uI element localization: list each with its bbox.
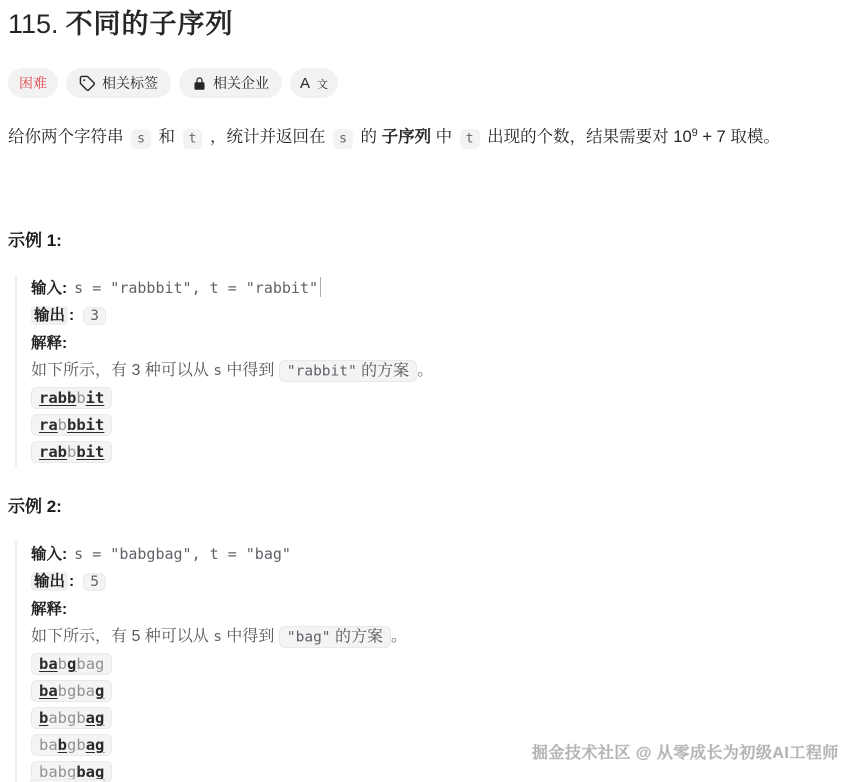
code-text: "bag" xyxy=(287,629,331,645)
matched-chars: ag xyxy=(86,709,105,727)
text-segment: 中得到 xyxy=(222,362,279,379)
explain-label: 解释: xyxy=(31,601,67,618)
unmatched-chars: abgb xyxy=(48,709,85,727)
matched-chars: b xyxy=(39,709,48,727)
subsequence-string: babgbag xyxy=(31,734,112,756)
text-segment: s xyxy=(213,363,222,379)
text-segment: 。 xyxy=(417,362,433,379)
page-title: 115.不同的子序列 xyxy=(8,8,839,40)
explain-label: 解释: xyxy=(31,335,67,352)
subsequence-string: rabbbit xyxy=(31,441,112,463)
text-segment: 。 xyxy=(391,628,407,645)
inline-code-pill: "bag" 的方案 xyxy=(279,626,391,648)
example-1-output-line: 输出:3 xyxy=(31,302,839,330)
text-segment: 如下所示，有 3 种可以从 xyxy=(31,362,213,379)
input-label: 输入: xyxy=(31,546,67,563)
example-2-input-line: 输入:s = "babgbag", t = "bag" xyxy=(31,541,839,568)
pill-text: 的方案 xyxy=(331,628,383,645)
related-tags-badge[interactable]: 相关标签 xyxy=(66,68,171,98)
text-segment: 中 xyxy=(431,128,457,146)
related-companies-badge[interactable]: 相关企业 xyxy=(179,68,282,98)
text-segment: 给你两个字符串 xyxy=(8,128,128,146)
inline-code: t xyxy=(460,129,480,149)
text-segment: 和 xyxy=(154,128,180,146)
tag-icon xyxy=(79,75,96,92)
text-segment: 子序列 xyxy=(382,128,432,146)
text-segment: 中得到 xyxy=(222,628,279,645)
example-2-explain-line: 如下所示，有 5 种可以从 s 中得到 "bag" 的方案。 xyxy=(31,623,839,651)
translate-sub-label: 文 xyxy=(317,76,328,92)
example-2-explain-label-line: 解释: xyxy=(31,596,839,623)
examples-container: 示例 1:输入:s = "rabbbit", t = "rabbit"输出:3解… xyxy=(8,226,839,782)
input-value: s = "rabbbit", t = "rabbit" xyxy=(74,279,318,297)
inline-code: s xyxy=(333,129,353,149)
matched-chars: g xyxy=(67,655,76,673)
example-1-section: 示例 1:输入:s = "rabbbit", t = "rabbit"输出:3解… xyxy=(8,226,839,466)
matched-chars: rab xyxy=(39,443,67,461)
matched-chars: bit xyxy=(76,443,104,461)
matched-chars: g xyxy=(95,682,104,700)
example-2-string-line-2: babgbag xyxy=(31,678,839,705)
output-value: 3 xyxy=(83,307,106,325)
watermark: 掘金技术社区 @ 从零成长为初级AI工程师 xyxy=(532,740,839,763)
difficulty-badge[interactable]: 困难 xyxy=(8,68,58,98)
lock-icon xyxy=(192,76,207,91)
matched-chars: it xyxy=(86,389,105,407)
example-1-title: 示例 1: xyxy=(8,226,839,251)
subsequence-string: babgbag xyxy=(31,680,112,702)
translate-main-label: A xyxy=(300,75,310,92)
example-2-output-line: 输出:5 xyxy=(31,568,839,596)
text-segment: + 7 取模。 xyxy=(698,128,780,146)
output-colon: : xyxy=(69,307,74,324)
unmatched-chars: b xyxy=(67,443,76,461)
unmatched-chars: bgba xyxy=(58,682,95,700)
inline-code: t xyxy=(183,129,203,149)
example-2-section: 示例 2:输入:s = "babgbag", t = "bag"输出:5解释:如… xyxy=(8,492,839,782)
difficulty-badge-label: 困难 xyxy=(19,73,47,93)
input-label: 输入: xyxy=(31,280,67,297)
subsequence-string: rabbbit xyxy=(31,414,112,436)
badge-row: 困难相关标签相关企业A文 xyxy=(8,68,839,98)
matched-chars: ba xyxy=(39,682,58,700)
subsequence-string: babgbag xyxy=(31,707,112,729)
example-1-input-line: 输入:s = "rabbbit", t = "rabbit" xyxy=(31,275,839,302)
output-value: 5 xyxy=(83,573,106,591)
superscript: 9 xyxy=(692,127,698,139)
matched-chars: ag xyxy=(86,736,105,754)
pill-text: 的方案 xyxy=(357,362,409,379)
example-2-string-line-1: babgbag xyxy=(31,651,839,678)
example-2-string-line-3: babgbag xyxy=(31,705,839,732)
example-1-block: 输入:s = "rabbbit", t = "rabbit"输出:3解释:如下所… xyxy=(15,275,839,466)
problem-name: 不同的子序列 xyxy=(66,9,234,39)
subsequence-string: babgbag xyxy=(31,653,112,675)
matched-chars: ra xyxy=(39,416,58,434)
example-1-string-line-2: rabbbit xyxy=(31,412,839,439)
input-value: s = "babgbag", t = "bag" xyxy=(74,545,291,563)
output-label: 输出 xyxy=(31,306,68,325)
matched-chars: rabb xyxy=(39,389,76,407)
translate-badge[interactable]: A文 xyxy=(290,68,338,98)
related-companies-badge-label: 相关企业 xyxy=(213,73,269,93)
inline-code-pill: "rabbit" 的方案 xyxy=(279,360,417,382)
unmatched-chars: b xyxy=(58,655,67,673)
unmatched-chars: gb xyxy=(67,736,86,754)
output-label: 输出 xyxy=(31,572,68,591)
example-1-explain-label-line: 解释: xyxy=(31,330,839,357)
example-1-string-line-3: rabbbit xyxy=(31,439,839,466)
example-1-explain-line: 如下所示，有 3 种可以从 s 中得到 "rabbit" 的方案。 xyxy=(31,357,839,385)
related-tags-badge-label: 相关标签 xyxy=(102,73,158,93)
matched-chars: bbit xyxy=(67,416,104,434)
text-segment: 如下所示，有 5 种可以从 xyxy=(31,628,213,645)
unmatched-chars: bag xyxy=(76,655,104,673)
unmatched-chars: ba xyxy=(39,736,58,754)
unmatched-chars: b xyxy=(76,389,85,407)
unmatched-chars: b xyxy=(58,416,67,434)
problem-page: 115.不同的子序列 困难相关标签相关企业A文 给你两个字符串 s 和 t ，统… xyxy=(0,0,849,782)
text-segment: s xyxy=(213,629,222,645)
code-text: "rabbit" xyxy=(287,363,357,379)
text-caret xyxy=(320,277,321,297)
output-colon: : xyxy=(69,573,74,590)
matched-chars: ba xyxy=(39,655,58,673)
inline-code: s xyxy=(131,129,151,149)
text-segment: ，统计并返回在 xyxy=(205,128,330,146)
problem-description: 给你两个字符串 s 和 t ，统计并返回在 s 的 子序列 中 t 出现的个数，… xyxy=(8,124,839,152)
example-2-title: 示例 2: xyxy=(8,492,839,517)
matched-chars: b xyxy=(58,736,67,754)
example-1-string-line-1: rabbbit xyxy=(31,385,839,412)
problem-number: 115. xyxy=(8,9,59,39)
subsequence-string: rabbbit xyxy=(31,387,112,409)
text-segment: 出现的个数，结果需要对 10 xyxy=(483,128,692,146)
text-segment: 的 xyxy=(356,128,382,146)
